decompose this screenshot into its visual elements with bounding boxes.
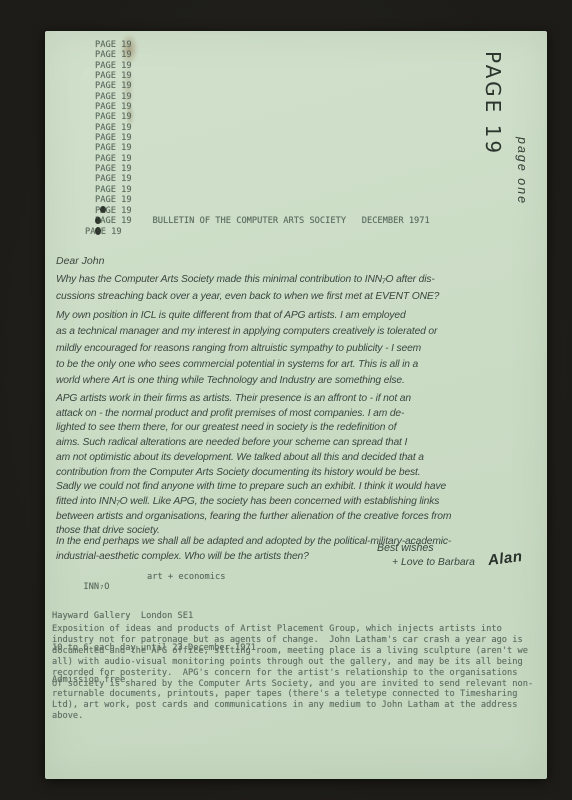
- letter-paragraph-1: Why has the Computer Arts Society made t…: [56, 272, 554, 305]
- exhibition-strapline: art + economics: [147, 572, 225, 582]
- letter-salutation: Dear John: [56, 255, 104, 267]
- page-number-overstruck-line: PAGE 19: [85, 227, 122, 237]
- letter-signoff-best-wishes: Best wishes: [377, 542, 434, 554]
- letter-signoff-love: + Love to Barbara: [392, 557, 475, 568]
- overstrike-ink-mark: [95, 217, 101, 225]
- handwritten-rotated-page-one-note: page one: [515, 137, 529, 205]
- exhibition-venue: Hayward Gallery London SE1: [52, 611, 256, 622]
- exposition-paragraph: Exposition of ideas and products of Arti…: [52, 624, 533, 722]
- page-number-column: PAGE 19 PAGE 19 PAGE 19 PAGE 19 PAGE 19 …: [95, 40, 132, 216]
- letter-paragraph-3: APG artists work in their firms as artis…: [56, 392, 554, 539]
- overstrike-ink-mark: [100, 206, 106, 214]
- signature-alan: Alan: [487, 548, 523, 569]
- letter-paragraph-4: In the end perhaps we shall all be adapt…: [56, 535, 554, 564]
- handwritten-rotated-page-label: PAGE 19: [481, 51, 505, 156]
- overstrike-ink-mark: [95, 227, 101, 235]
- bulletin-scanned-page: PAGE 19 PAGE 19 PAGE 19 PAGE 19 PAGE 19 …: [45, 31, 547, 779]
- letter-paragraph-2: My own position in ICL is quite differen…: [56, 308, 554, 389]
- photo-backdrop: PAGE 19 PAGE 19 PAGE 19 PAGE 19 PAGE 19 …: [0, 0, 572, 800]
- bulletin-title-line: PAGE 19 BULLETIN OF THE COMPUTER ARTS SO…: [95, 216, 430, 226]
